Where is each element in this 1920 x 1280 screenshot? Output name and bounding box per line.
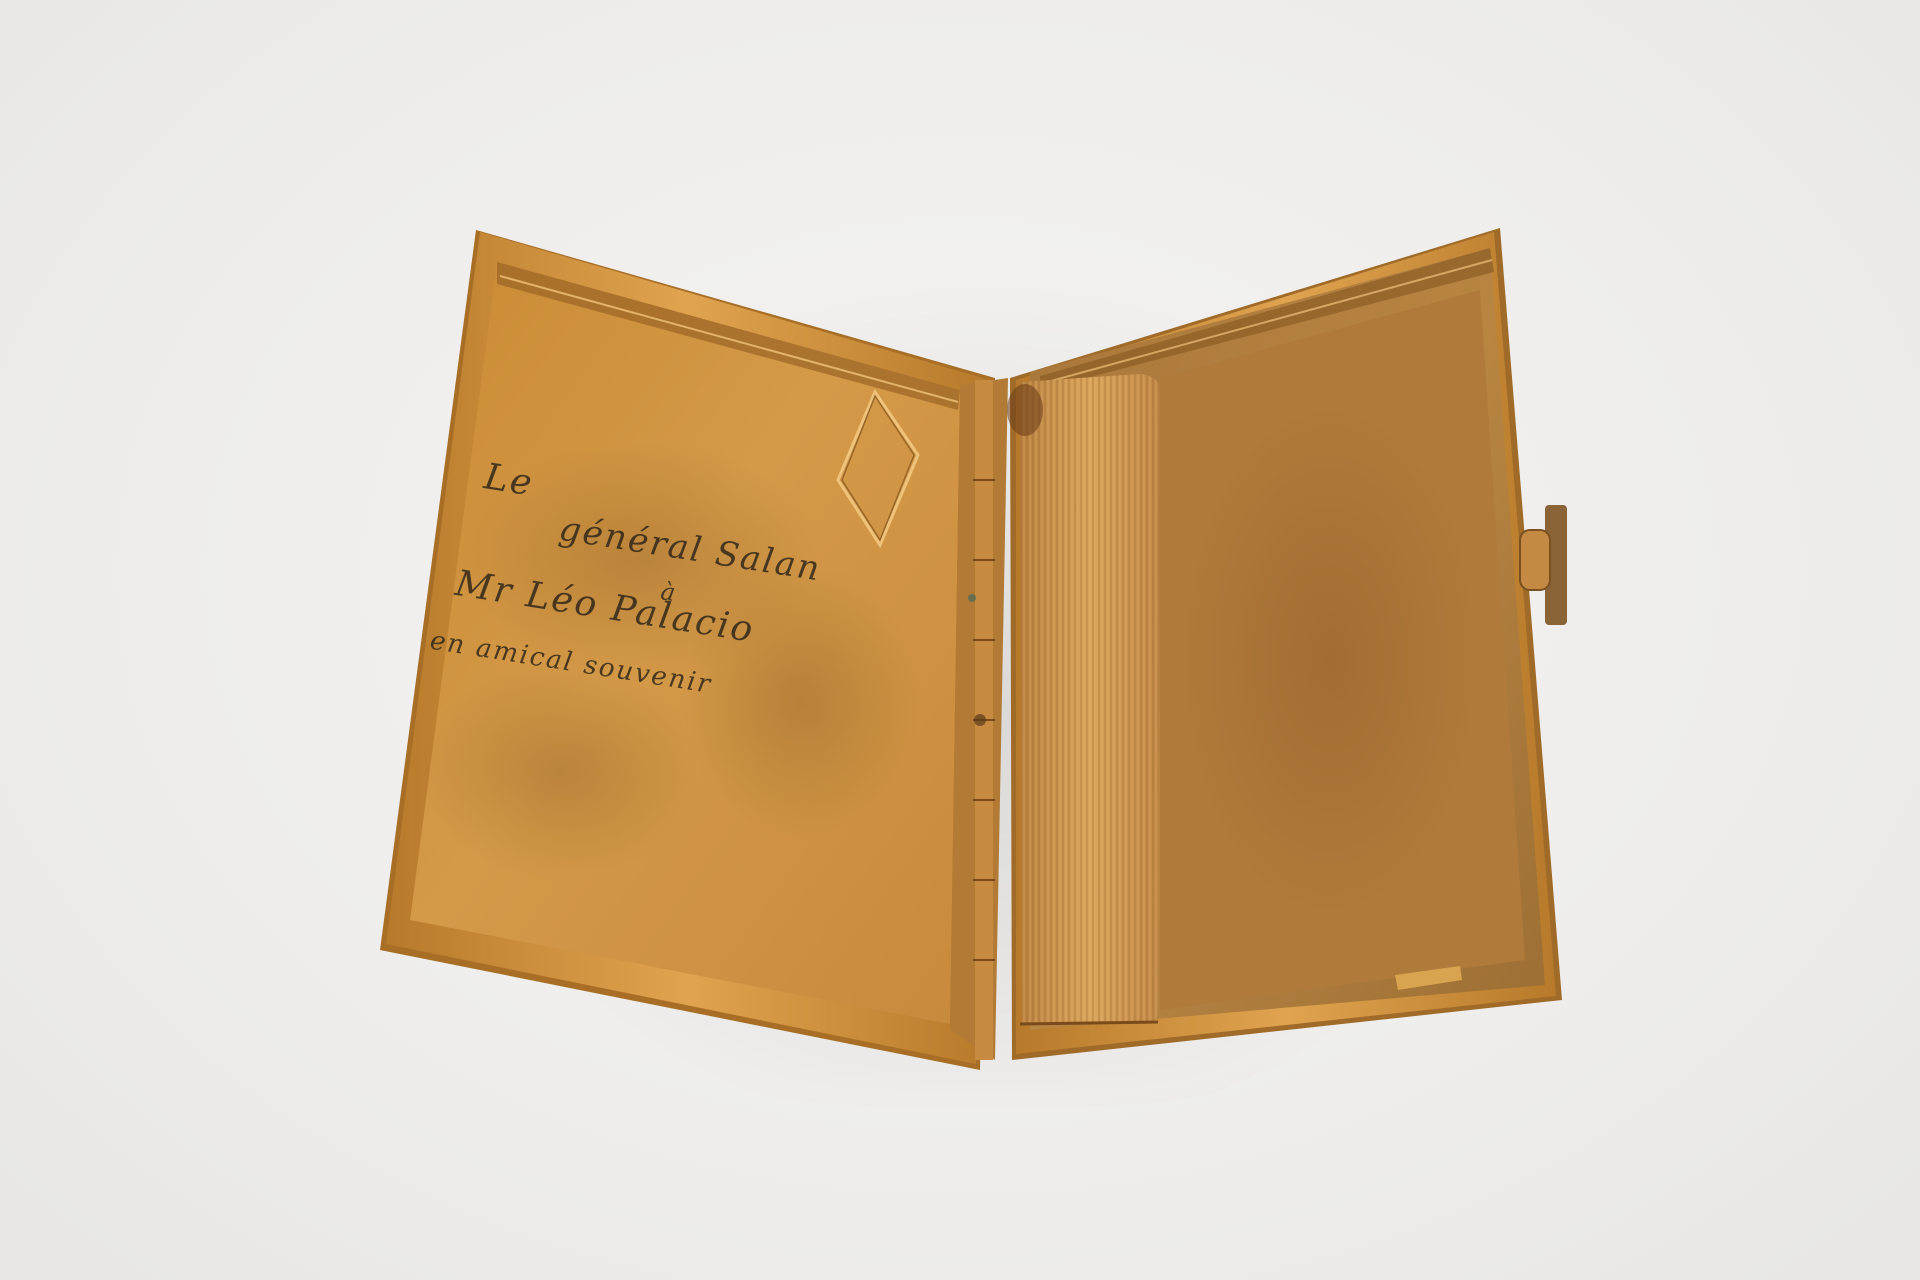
cigarette-holder-plate [1007, 374, 1160, 1024]
engraving-line-2: général Salan [556, 509, 824, 590]
hinge [950, 378, 1008, 1060]
photo-scene: Le général Salan à Mr Léo Palacio en ami… [0, 0, 1920, 1280]
engraving-line-1: Le [481, 456, 536, 504]
cigarette-case [0, 0, 1920, 1280]
